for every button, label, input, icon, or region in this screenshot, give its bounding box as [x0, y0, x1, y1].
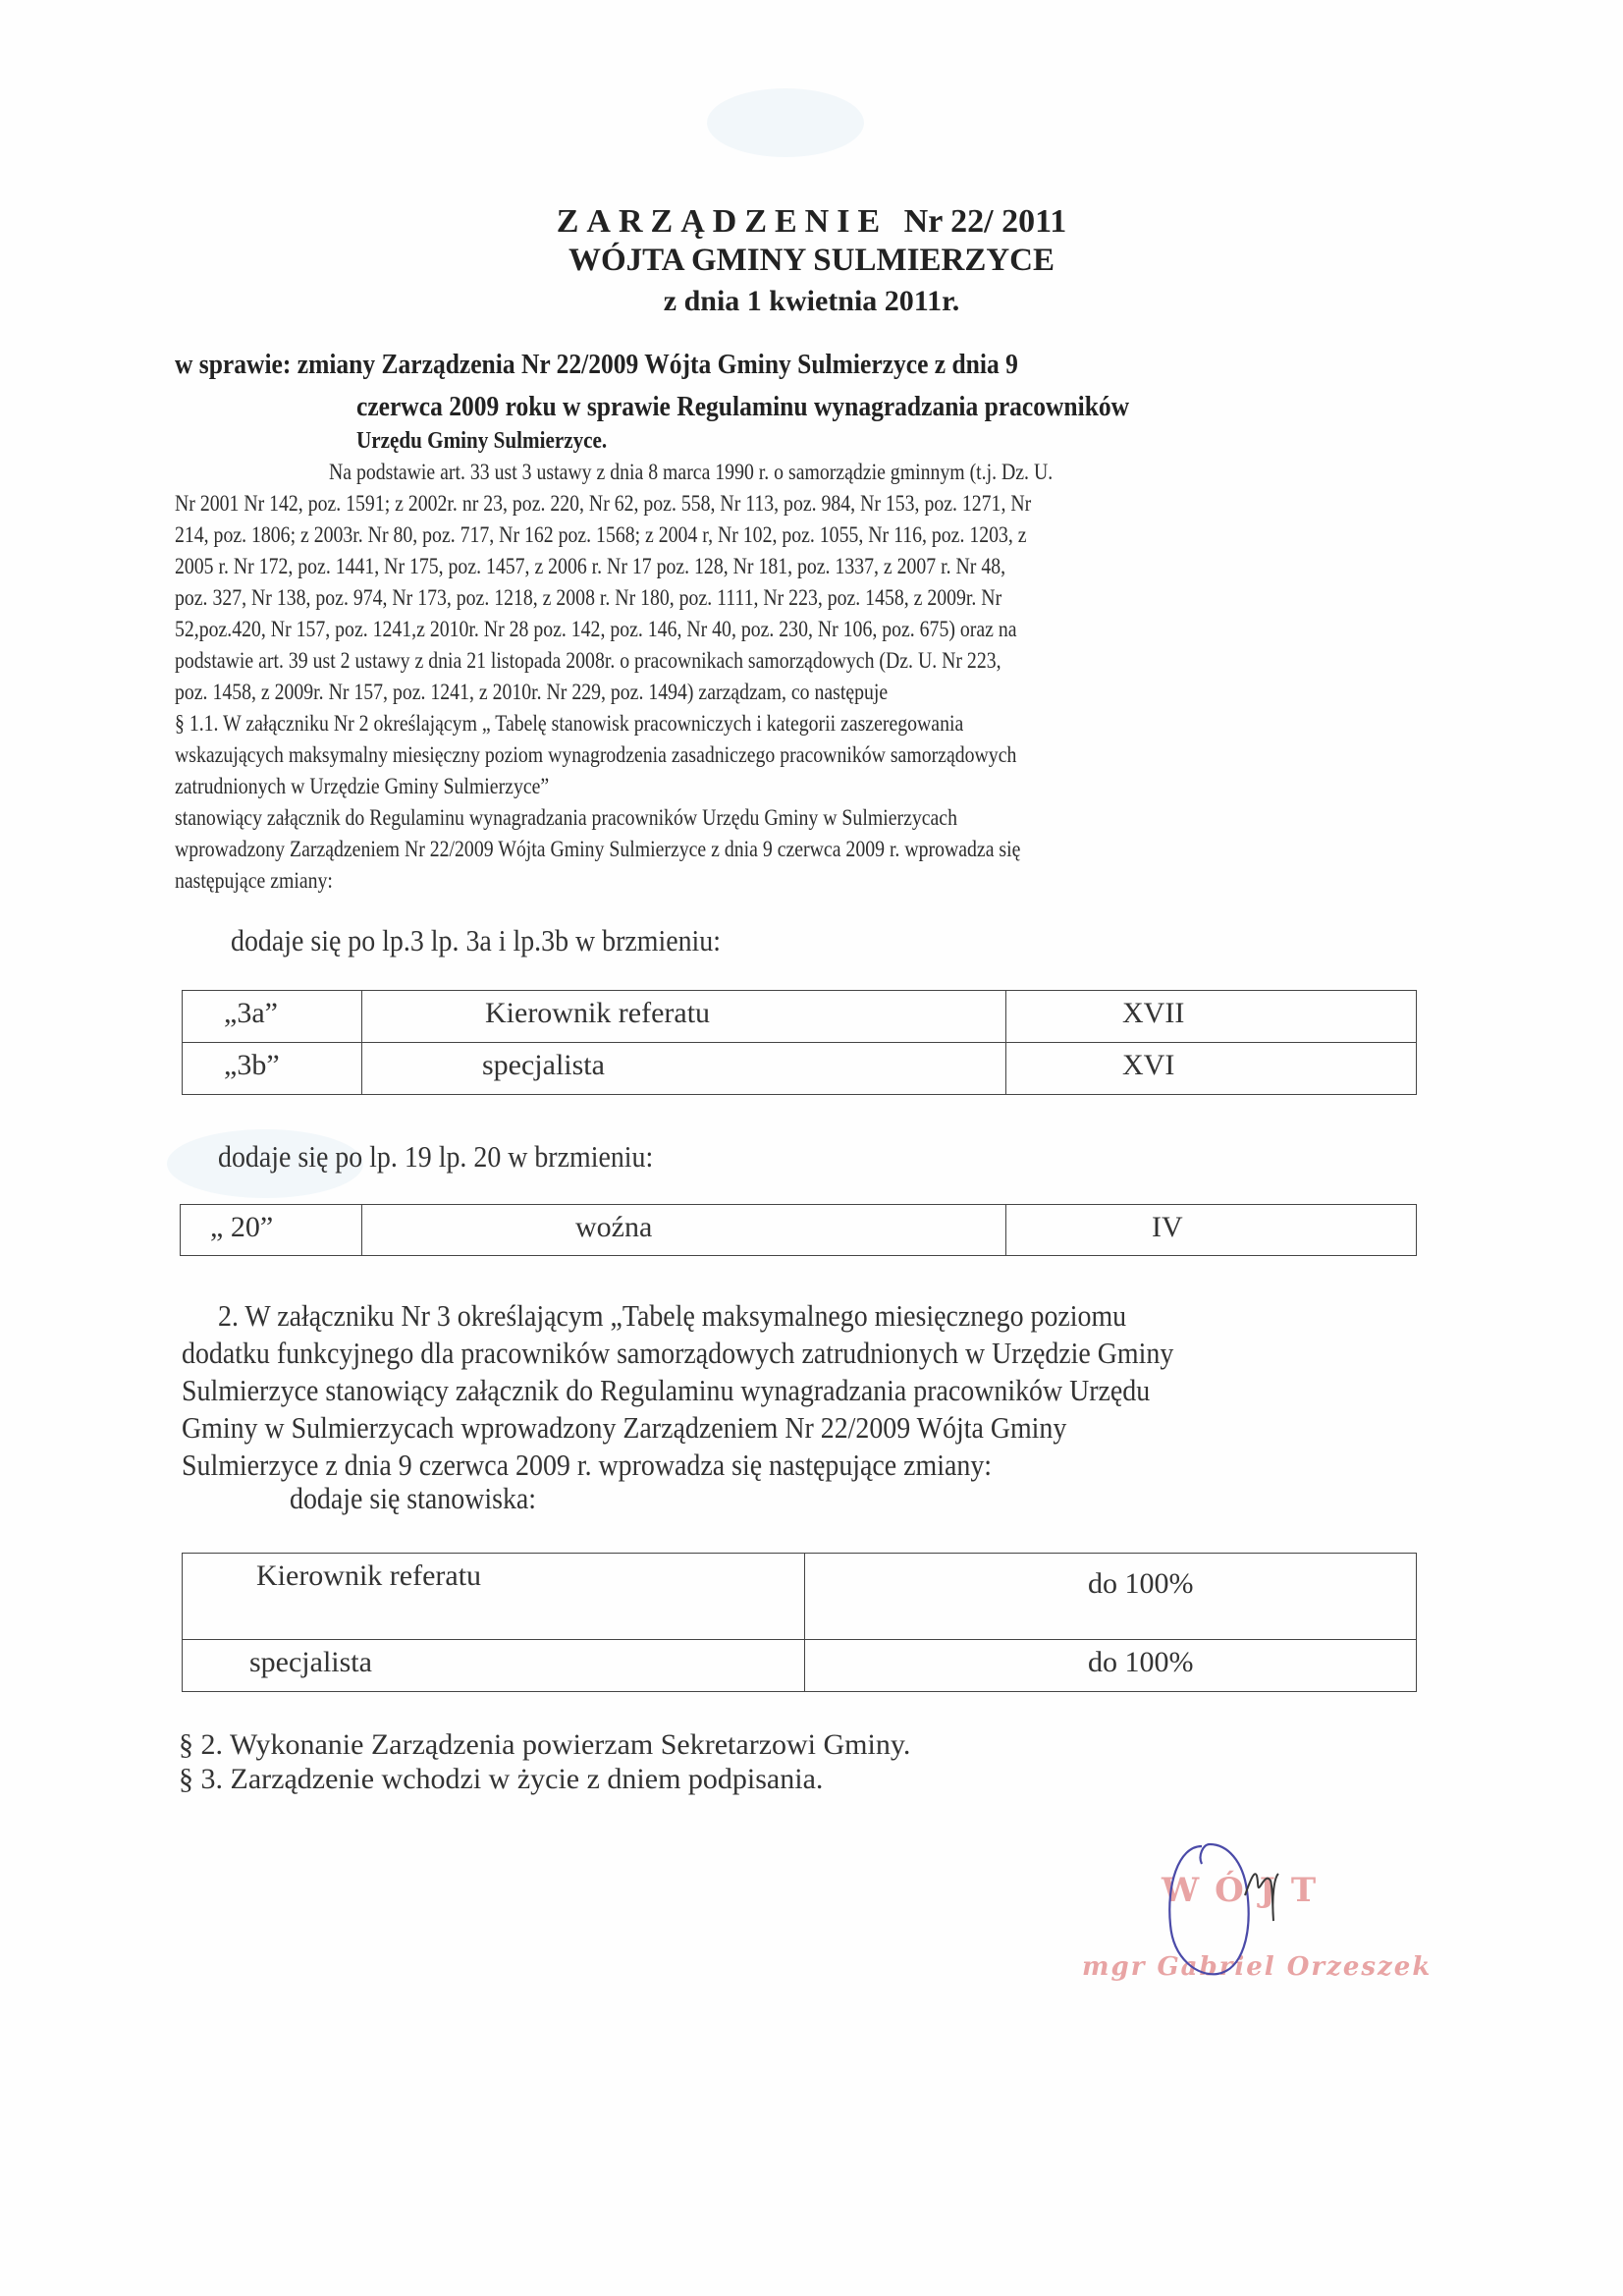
legal-basis-line: poz. 327, Nr 138, poz. 974, Nr 173, poz.… — [175, 585, 1001, 611]
table-categories-3a-3b: „3a” Kierownik referatu XVII „3b” specja… — [182, 990, 1417, 1095]
section-2: § 2. Wykonanie Zarządzenia powierzam Sek… — [179, 1728, 910, 1762]
addition-3-intro: dodaje się stanowiska: — [290, 1481, 536, 1516]
section-1-1-line: wskazujących maksymalny miesięczny pozio… — [175, 742, 1016, 768]
title-number: Nr 22/ 2011 — [904, 203, 1067, 240]
table-row: specjalista do 100% — [183, 1640, 1417, 1692]
addition-2-intro: dodaje się po lp. 19 lp. 20 w brzmieniu: — [218, 1139, 653, 1175]
table-row: Kierownik referatu do 100% — [183, 1554, 1417, 1640]
position-cell: Kierownik referatu — [362, 991, 1005, 1030]
section-3: § 3. Zarządzenie wchodzi w życie z dniem… — [179, 1763, 823, 1796]
allowance-cell: do 100% — [805, 1554, 1416, 1601]
section-1-2-line: Sulmierzyce z dnia 9 czerwca 2009 r. wpr… — [182, 1448, 992, 1483]
section-1-1-line: zatrudnionych w Urzędzie Gminy Sulmierzy… — [175, 774, 549, 799]
legal-basis-line: poz. 1458, z 2009r. Nr 157, poz. 1241, z… — [175, 680, 888, 705]
category-cell: IV — [1006, 1205, 1416, 1244]
subject-line-3: Urzędu Gminy Sulmierzyce. — [356, 428, 607, 455]
section-1-1-line: stanowiący załącznik do Regulaminu wynag… — [175, 805, 957, 831]
title-word: ZARZĄDZENIE — [557, 203, 888, 240]
table-row: „3b” specjalista XVI — [183, 1043, 1417, 1095]
document-page: ZARZĄDZENIE Nr 22/ 2011 WÓJTA GMINY SULM… — [0, 0, 1623, 2296]
subject-line-1: w sprawie: zmiany Zarządzenia Nr 22/2009… — [175, 349, 1018, 381]
table-category-20: „ 20” woźna IV — [180, 1204, 1417, 1256]
position-cell: specjalista — [183, 1640, 804, 1679]
scan-smudge — [707, 88, 864, 157]
legal-basis-line: Nr 2001 Nr 142, poz. 1591; z 2002r. nr 2… — [175, 491, 1031, 517]
section-1-1-line: następujące zmiany: — [175, 868, 333, 894]
table-row: „ 20” woźna IV — [181, 1205, 1417, 1256]
category-cell: XVII — [1006, 991, 1416, 1030]
section-1-2-line: Gminy w Sulmierzycach wprowadzony Zarząd… — [182, 1410, 1066, 1446]
section-1-1-line: wprowadzony Zarządzeniem Nr 22/2009 Wójt… — [175, 837, 1020, 862]
legal-basis-line: podstawie art. 39 ust 2 ustawy z dnia 21… — [175, 648, 1001, 674]
legal-basis-line: Na podstawie art. 33 ust 3 ustawy z dnia… — [329, 460, 1053, 485]
document-title: ZARZĄDZENIE Nr 22/ 2011 — [0, 203, 1623, 241]
table-row: „3a” Kierownik referatu XVII — [183, 991, 1417, 1043]
section-1-2-line: Sulmierzyce stanowiący załącznik do Regu… — [182, 1373, 1150, 1408]
legal-basis-line: 2005 r. Nr 172, poz. 1441, Nr 175, poz. … — [175, 554, 1005, 579]
position-cell: specjalista — [362, 1043, 1005, 1082]
legal-basis-line: 214, poz. 1806; z 2003r. Nr 80, poz. 717… — [175, 522, 1027, 548]
lp-cell: „ 20” — [181, 1205, 361, 1244]
section-1-2-line: dodatku funkcyjnego dla pracowników samo… — [182, 1336, 1173, 1371]
lp-cell: „3a” — [183, 991, 361, 1030]
handwritten-signature-icon — [1159, 1836, 1325, 1984]
date-line: z dnia 1 kwietnia 2011r. — [0, 285, 1623, 318]
section-1-2-line: 2. W załączniku Nr 3 określającym „Tabel… — [218, 1298, 1126, 1334]
position-cell: Kierownik referatu — [183, 1554, 804, 1593]
addition-1-intro: dodaje się po lp.3 lp. 3a i lp.3b w brzm… — [231, 923, 721, 958]
table-functional-allowance: Kierownik referatu do 100% specjalista d… — [182, 1553, 1417, 1692]
category-cell: XVI — [1006, 1043, 1416, 1082]
allowance-cell: do 100% — [805, 1640, 1416, 1679]
issuer-line: WÓJTA GMINY SULMIERZYCE — [0, 243, 1623, 279]
position-cell: woźna — [362, 1205, 1005, 1244]
section-1-1-line: § 1.1. W załączniku Nr 2 określającym „ … — [175, 711, 963, 737]
legal-basis-line: 52,poz.420, Nr 157, poz. 1241,z 2010r. N… — [175, 617, 1017, 642]
subject-line-2: czerwca 2009 roku w sprawie Regulaminu w… — [356, 391, 1129, 423]
lp-cell: „3b” — [183, 1043, 361, 1082]
